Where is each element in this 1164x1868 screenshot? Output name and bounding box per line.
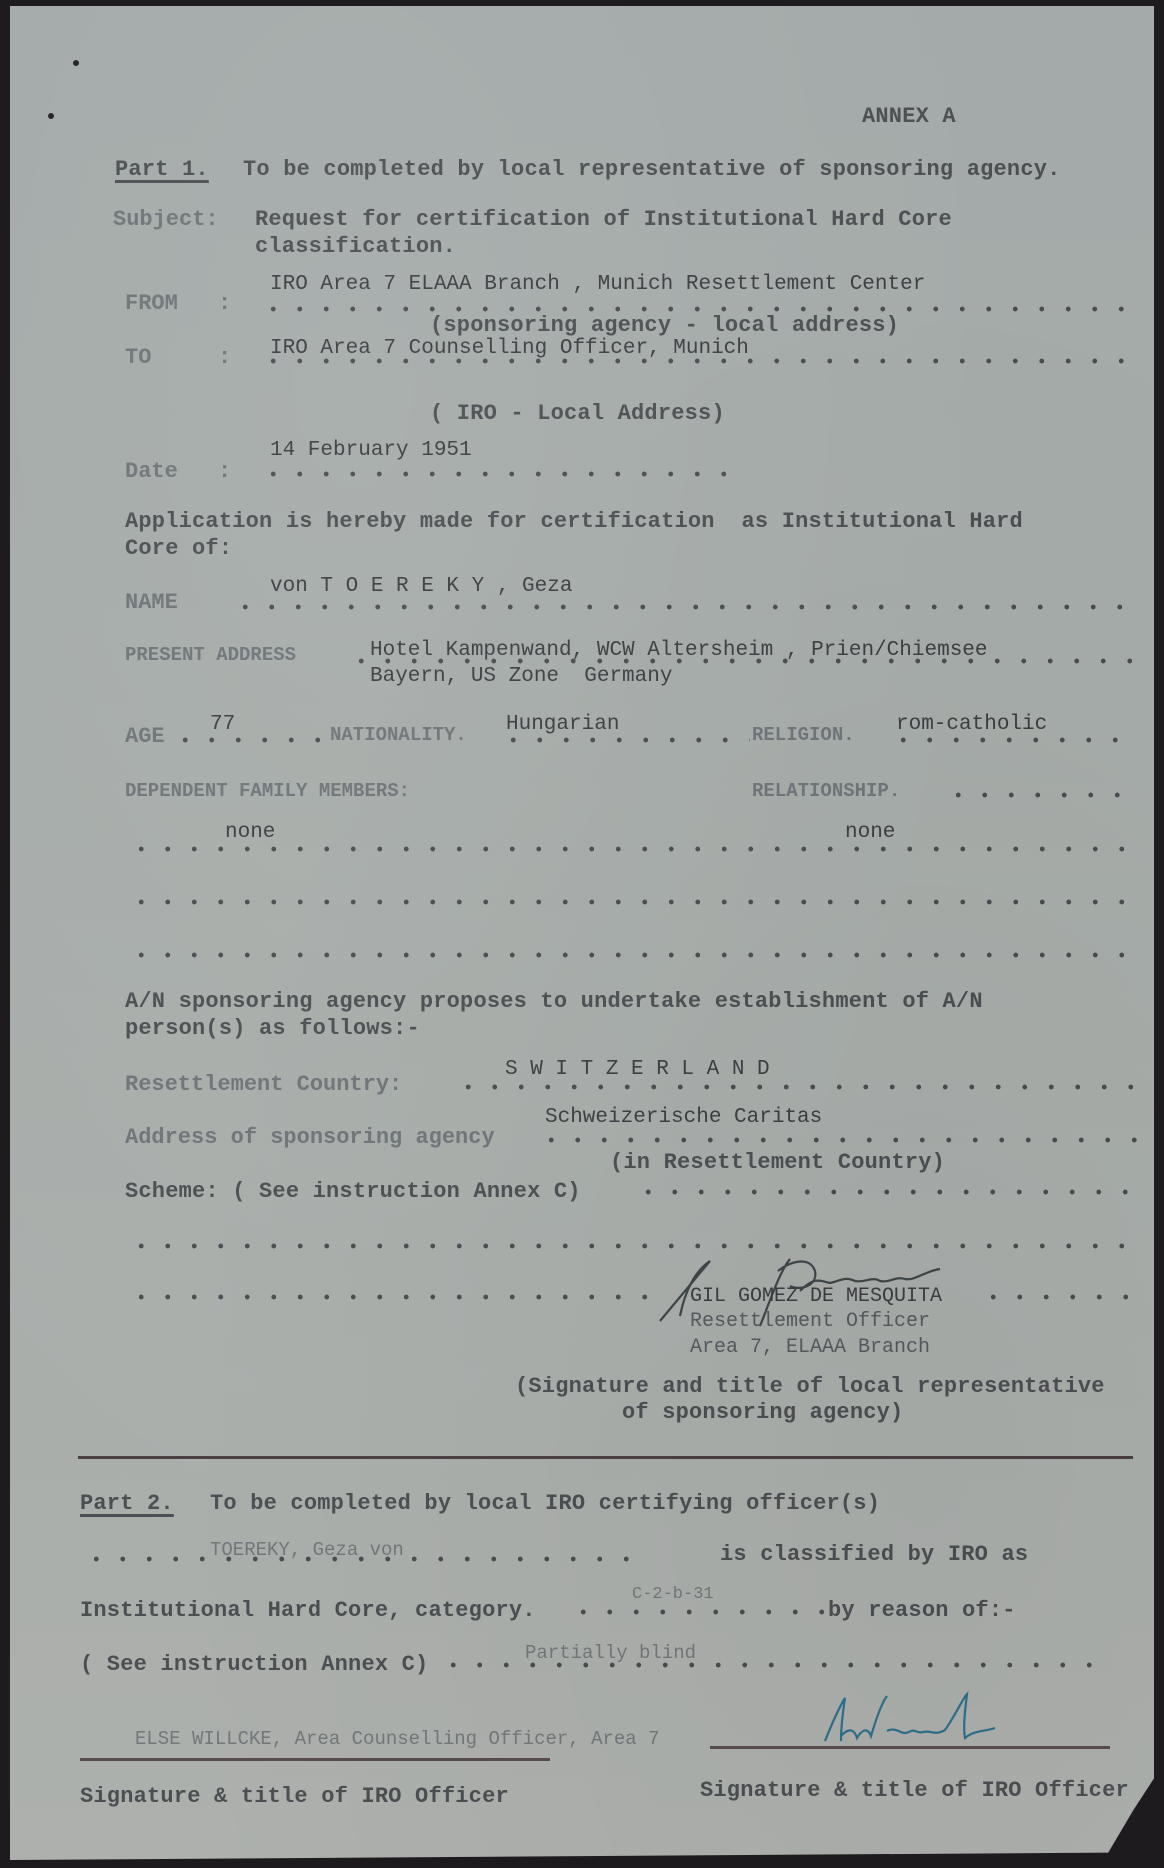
religion-value: rom-catholic bbox=[896, 714, 1047, 735]
part1-heading: Part 1. bbox=[115, 159, 209, 181]
signature-line-left bbox=[80, 1758, 550, 1761]
name-value: von T O E R E K Y , Geza bbox=[270, 576, 572, 597]
classified-text: is classified by IRO as bbox=[720, 1544, 1028, 1566]
part2-heading: Part 2. bbox=[80, 1493, 174, 1515]
subject-line1: Request for certification of Institution… bbox=[255, 209, 952, 231]
scheme-dotted-line bbox=[635, 1189, 1145, 1195]
category-value: C-2-b-31 bbox=[632, 1586, 714, 1603]
reason-label: by reason of:- bbox=[828, 1600, 1016, 1622]
signature-label-right: Signature & title of IRO Officer bbox=[700, 1780, 1129, 1802]
person-value: TOEREKY, Geza von bbox=[210, 1541, 404, 1560]
handwritten-signature-part2 bbox=[805, 1686, 1025, 1756]
officer-typed-name: ELSE WILLCKE, Area Counselling Officer, … bbox=[135, 1730, 660, 1749]
punch-mark bbox=[73, 60, 79, 66]
address-line2: Bayern, US Zone Germany bbox=[370, 666, 672, 687]
relationship-dotted-line bbox=[945, 792, 1135, 798]
part2-heading-text: Part 2. bbox=[80, 1491, 174, 1516]
nationality-label: NATIONALITY. bbox=[330, 726, 467, 745]
from-value: IRO Area 7 ELAAA Branch , Munich Resettl… bbox=[270, 274, 925, 295]
proposal-line2: person(s) as follows:- bbox=[125, 1018, 420, 1040]
agency-caption: (in Resettlement Country) bbox=[610, 1152, 945, 1174]
date-colon: : bbox=[218, 461, 231, 483]
dependents-dotted-line-1 bbox=[128, 846, 1138, 852]
to-colon: : bbox=[218, 347, 231, 369]
see-instruction: ( See instruction Annex C) bbox=[80, 1654, 428, 1676]
dependents-label: DEPENDENT FAMILY MEMBERS: bbox=[125, 782, 410, 801]
application-line2: Core of: bbox=[125, 538, 232, 560]
nationality-dotted-line bbox=[500, 737, 750, 743]
date-dotted-line bbox=[260, 471, 740, 477]
from-colon: : bbox=[218, 293, 231, 315]
reason-value: Partially blind bbox=[525, 1644, 696, 1663]
date-value: 14 February 1951 bbox=[270, 440, 472, 461]
signatory-unit: Area 7, ELAAA Branch bbox=[690, 1338, 930, 1358]
application-line1: Application is hereby made for certifica… bbox=[125, 511, 1023, 533]
from-label: FROM bbox=[125, 293, 178, 315]
part1-instruction: To be completed by local representative … bbox=[243, 159, 1061, 181]
address-label: PRESENT ADDRESS bbox=[125, 646, 296, 665]
agency-dotted-line bbox=[538, 1137, 1148, 1143]
address-dotted-line bbox=[348, 658, 1138, 664]
part2-instruction: To be completed by local IRO certifying … bbox=[210, 1493, 880, 1515]
part-divider bbox=[78, 1456, 1133, 1459]
signature-caption-line1: (Signature and title of local representa… bbox=[515, 1376, 1105, 1398]
country-dotted-line bbox=[455, 1084, 1135, 1090]
signature-label-left: Signature & title of IRO Officer bbox=[80, 1786, 509, 1808]
signatory-name: GIL GOMEZ DE MESQUITA bbox=[690, 1287, 942, 1307]
scheme-dotted-line-2 bbox=[128, 1243, 1138, 1249]
signatory-title: Resettlement Officer bbox=[690, 1312, 930, 1332]
relationship-label: RELATIONSHIP. bbox=[752, 782, 900, 801]
subject-line2: classification. bbox=[255, 236, 456, 258]
agency-value: Schweizerische Caritas bbox=[545, 1107, 822, 1128]
agency-label: Address of sponsoring agency bbox=[125, 1127, 495, 1149]
nationality-value: Hungarian bbox=[506, 714, 619, 735]
from-dotted-line bbox=[260, 306, 1130, 312]
date-label: Date bbox=[125, 461, 178, 483]
to-caption: ( IRO - Local Address) bbox=[430, 403, 725, 425]
to-label: TO bbox=[125, 347, 151, 369]
annex-label: ANNEX A bbox=[862, 106, 956, 128]
punch-mark bbox=[48, 113, 54, 119]
to-value: IRO Area 7 Counselling Officer, Munich bbox=[270, 338, 749, 359]
subject-label: Subject: bbox=[113, 209, 219, 231]
scheme-label: Scheme: ( See instruction Annex C) bbox=[125, 1181, 581, 1203]
country-label: Resettlement Country: bbox=[125, 1074, 402, 1096]
name-dotted-line bbox=[232, 604, 1132, 610]
relationship-value: none bbox=[845, 822, 895, 843]
religion-dotted-line bbox=[890, 737, 1135, 743]
from-caption: (sponsoring agency - local address) bbox=[430, 315, 899, 337]
country-value: S W I T Z E R L A N D bbox=[505, 1059, 770, 1080]
name-label: NAME bbox=[125, 592, 178, 614]
signature-caption-line2: of sponsoring agency) bbox=[622, 1402, 903, 1424]
to-dotted-line bbox=[260, 358, 1130, 364]
document-page: ANNEX A Part 1. To be completed by local… bbox=[10, 6, 1154, 1860]
category-dotted-line bbox=[570, 1609, 830, 1615]
dependents-dotted-line-2 bbox=[128, 899, 1138, 905]
signature-dotted-line-right bbox=[980, 1294, 1140, 1300]
part1-heading-text: Part 1. bbox=[115, 157, 209, 182]
dependents-dotted-line-3 bbox=[128, 952, 1138, 958]
age-value: 77 bbox=[210, 714, 235, 735]
proposal-line1: A/N sponsoring agency proposes to undert… bbox=[125, 991, 983, 1013]
dependents-value: none bbox=[225, 822, 275, 843]
signature-dotted-line-left bbox=[128, 1294, 648, 1300]
religion-label: RELIGION. bbox=[752, 726, 855, 745]
age-dotted-line bbox=[172, 737, 322, 743]
age-label: AGE bbox=[125, 726, 165, 748]
category-label: Institutional Hard Core, category. bbox=[80, 1600, 536, 1622]
